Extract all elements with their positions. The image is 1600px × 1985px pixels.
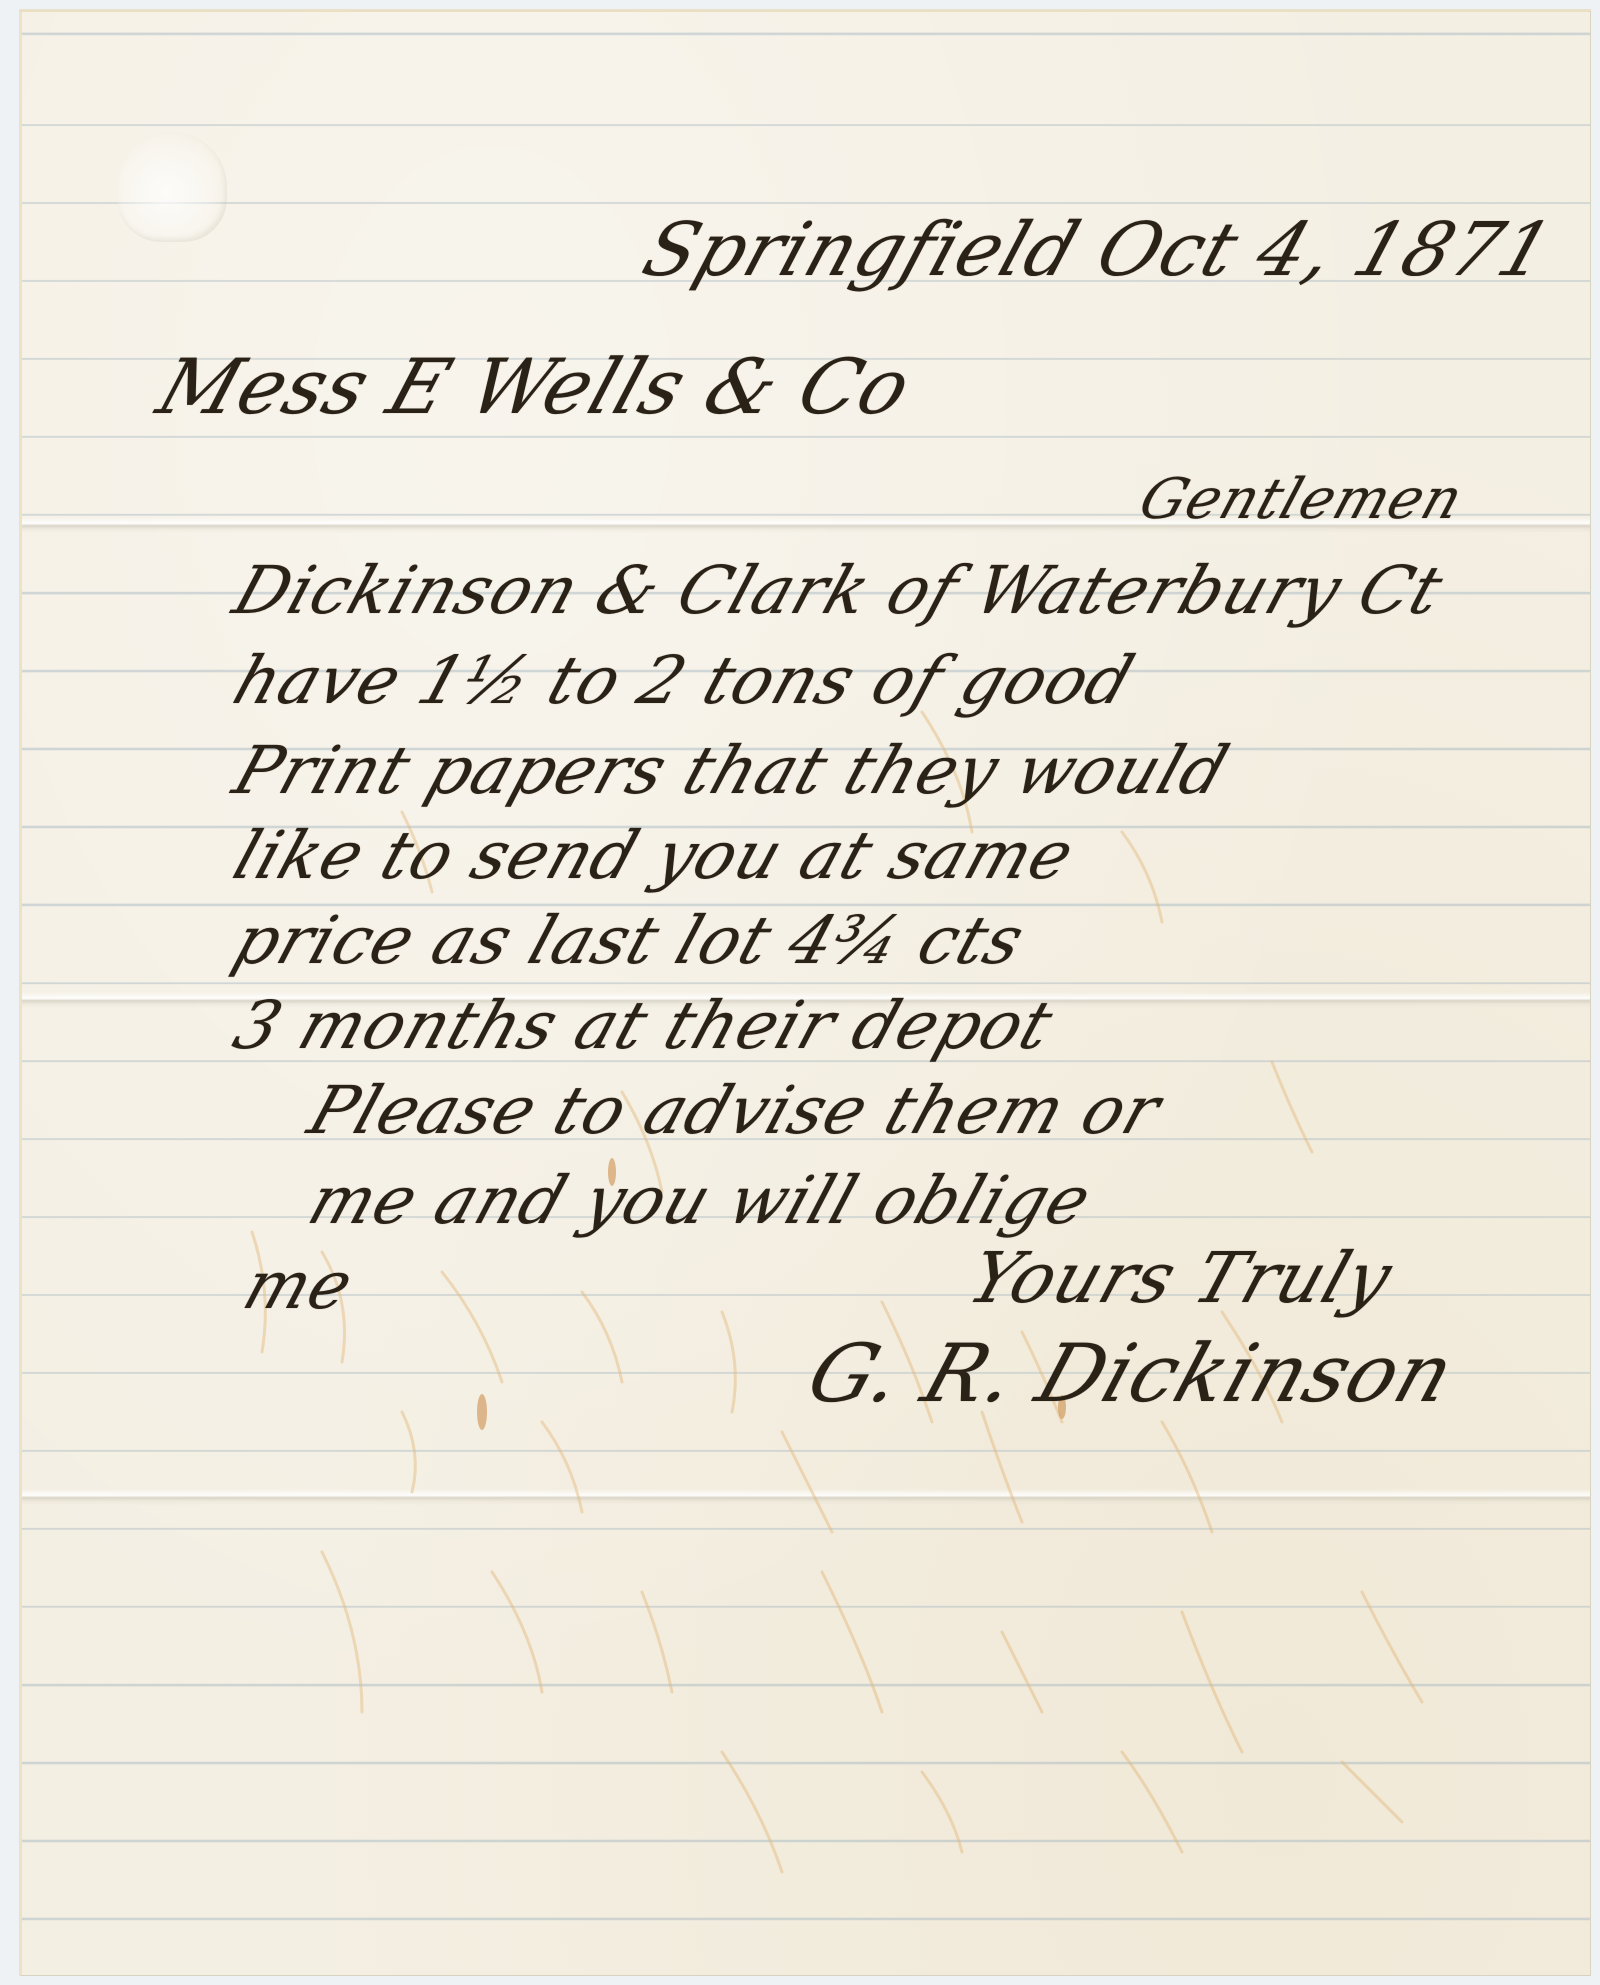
body-line: Dickinson & Clark of Waterbury Ct — [224, 552, 1452, 629]
embossed-stamp-icon — [117, 132, 227, 242]
body-line: have 1½ to 2 tons of good — [224, 642, 1143, 719]
place-date-heading: Springfield Oct 4, 1871 — [633, 207, 1563, 293]
greeting: Gentlemen — [1131, 467, 1471, 532]
body-line: like to send you at same — [224, 817, 1083, 894]
closing: Yours Truly — [959, 1237, 1403, 1319]
body-line: Please to advise them or — [299, 1072, 1170, 1149]
fold-line — [22, 1489, 1590, 1505]
addressee: Mess E Wells & Co — [148, 342, 923, 431]
letter-sheet: Springfield Oct 4, 1871 Mess E Wells & C… — [20, 10, 1590, 1975]
body-line: price as last lot 4¾ cts — [224, 902, 1034, 979]
body-line: me and you will oblige — [299, 1162, 1101, 1239]
body-line: Print papers that they would — [224, 732, 1238, 809]
signature: G. R. Dickinson — [797, 1327, 1466, 1420]
body-line: 3 months at their depot — [224, 987, 1062, 1064]
